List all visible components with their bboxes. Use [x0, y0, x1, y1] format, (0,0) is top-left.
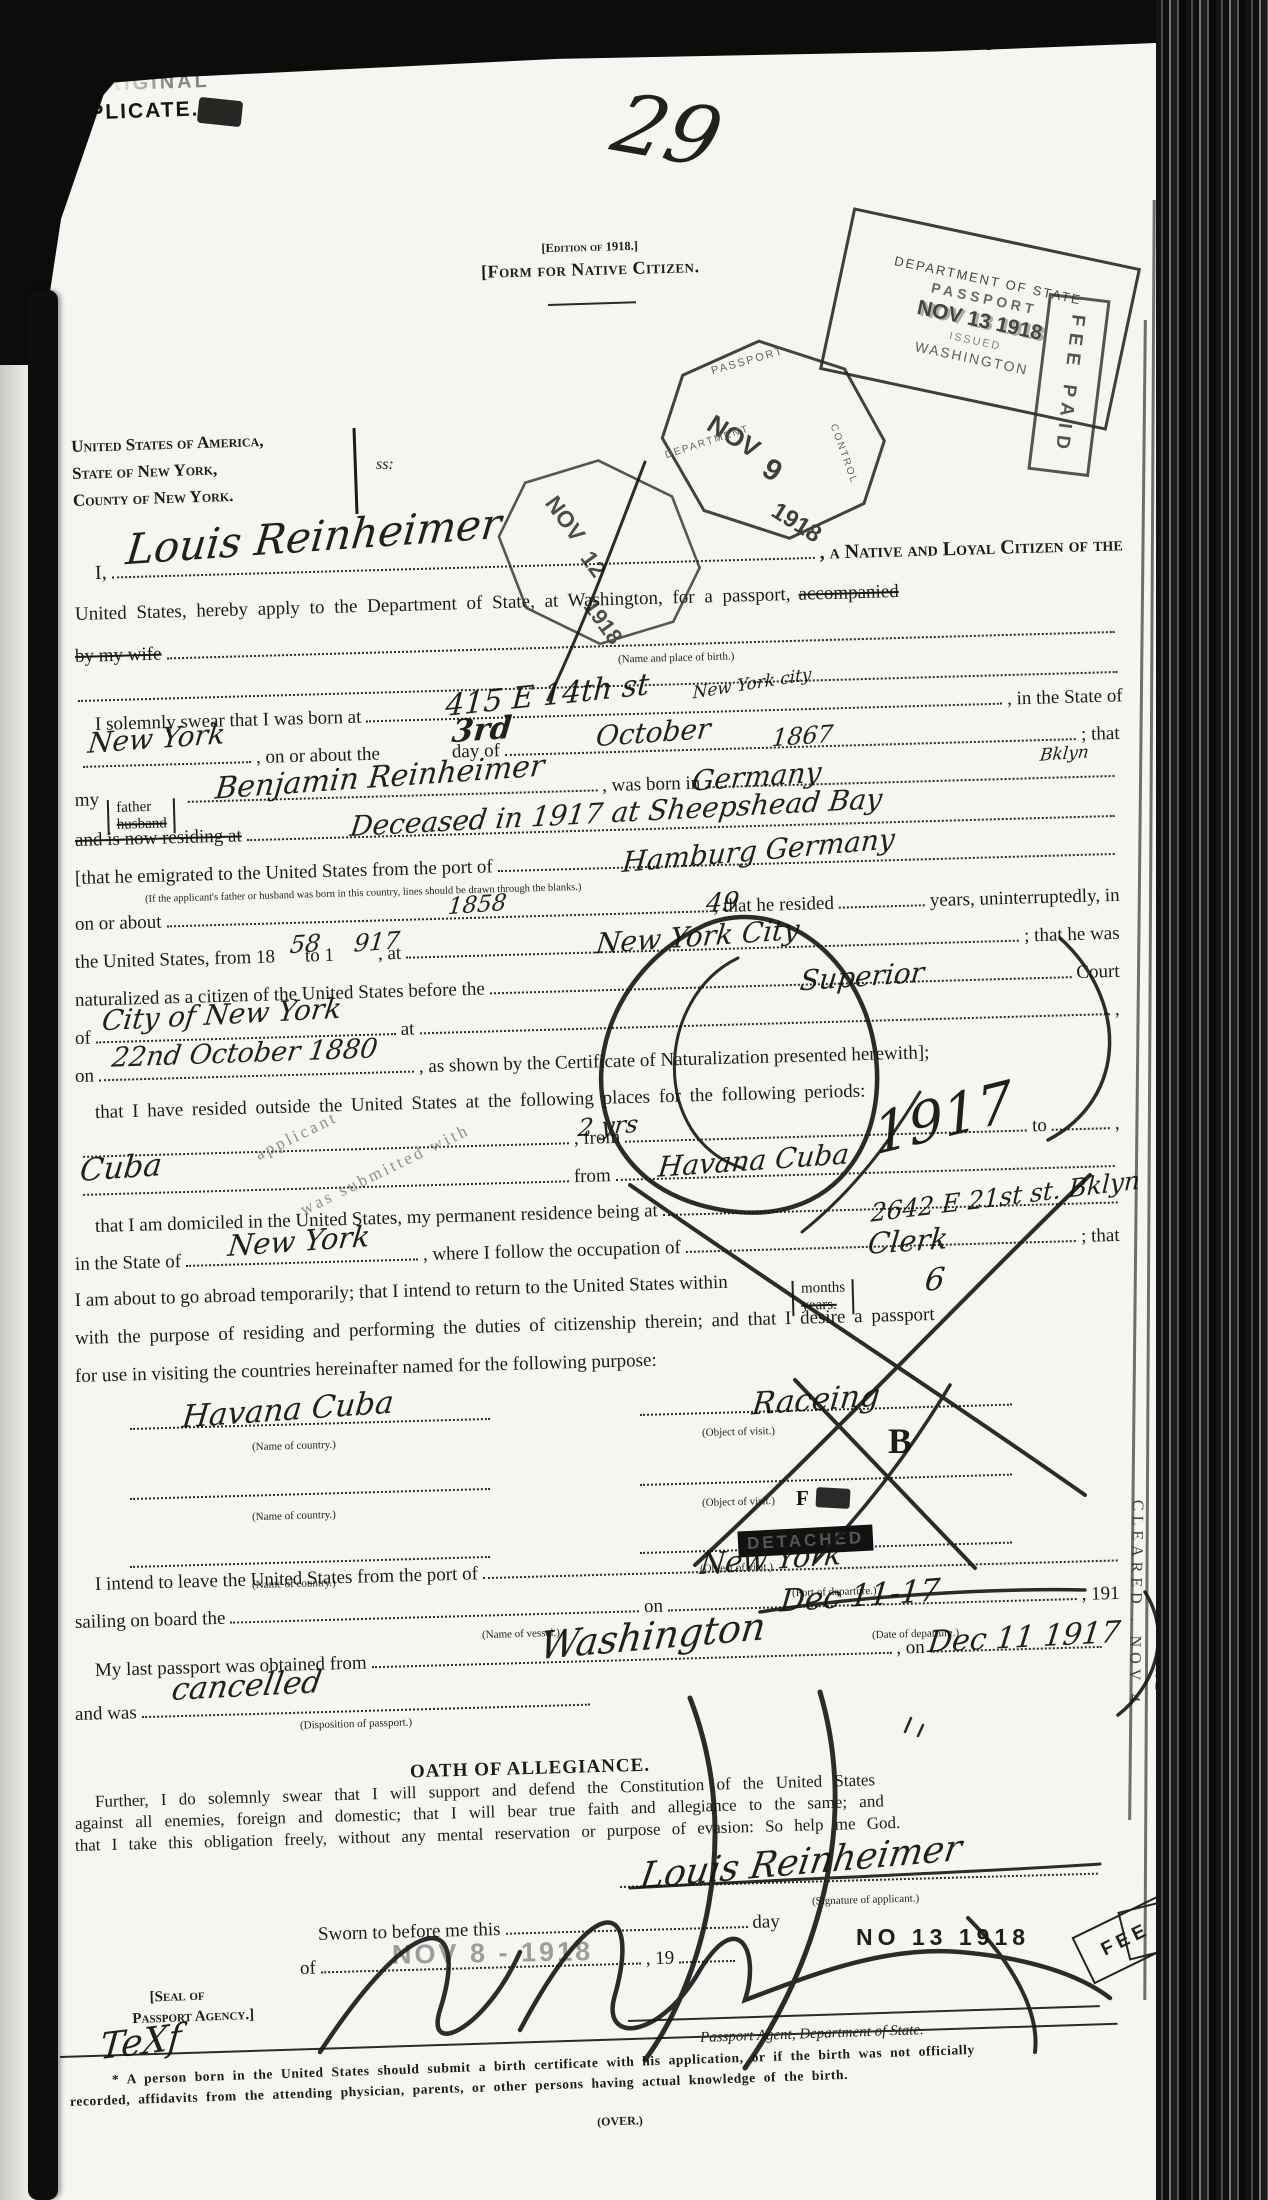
comma: ,	[1115, 999, 1120, 1021]
domiciled-label: that I am domiciled in the United States…	[95, 1200, 658, 1238]
wife-label-struck: by my wife	[75, 644, 162, 668]
comma: ,	[1115, 1113, 1120, 1135]
departure-date-handwritten: Dec 11-17	[778, 1572, 941, 1620]
intro-i: I,	[95, 562, 107, 585]
my-label: my	[74, 789, 99, 812]
book-edge-band	[1156, 0, 1268, 2200]
years-resided-handwritten: 49	[704, 887, 740, 920]
header-rule	[548, 301, 636, 306]
months-count-handwritten: 6	[923, 1261, 947, 1299]
page-gutter-shadow	[0, 300, 30, 2200]
ink-smudge	[197, 97, 243, 127]
court-name-handwritten: Superior	[798, 956, 925, 998]
intro-accompanied-struck: accompanied	[798, 581, 899, 606]
dotted-line	[505, 1910, 747, 1935]
nov9-stamp-arc-bottom: DEPARTMENT	[664, 423, 751, 461]
nov9-stamp-arc-right: CONTROL	[828, 423, 860, 486]
months-option: months	[801, 1279, 846, 1297]
nov9-stamp-day: 9	[756, 452, 788, 489]
dotted-line	[1052, 1111, 1110, 1131]
applicant-signature-caption: (Signature of applicant.)	[812, 1893, 920, 1908]
state-of-label-2: in the State of	[75, 1251, 182, 1276]
blank-gap	[275, 962, 305, 963]
blank-gap	[728, 1286, 784, 1288]
on-label: on	[75, 1066, 95, 1089]
nov9-stamp-month: NOV	[702, 408, 766, 464]
object-2-line	[640, 1474, 1012, 1486]
year-19-label: , 19	[645, 1948, 674, 1971]
dotted-line	[419, 997, 1110, 1034]
of-label: of	[75, 1028, 91, 1050]
on-label-3: , on	[896, 1637, 925, 1660]
resided-outside-label: that I have resided outside the United S…	[95, 1080, 866, 1124]
dotted-line	[489, 960, 1071, 994]
and-was-label: and was	[75, 1702, 137, 1726]
residing-label-struck: and is now residing at	[75, 825, 242, 852]
year-191-label: , 191	[1081, 1583, 1120, 1606]
nov9-stamp-arc-top: PASSPORT	[710, 345, 785, 377]
venue-ss: ss:	[376, 456, 394, 474]
country-caption-1: (Name of country.)	[252, 1439, 336, 1453]
country-caption-2: (Name of country.)	[252, 1509, 336, 1523]
form-header: [Edition of 1918.] [Form for Native Citi…	[420, 236, 761, 285]
leave-port-label: I intend to leave the United States from…	[95, 1563, 479, 1596]
visiting-countries-label: for use in visiting the countries herein…	[75, 1350, 657, 1388]
he-was-label: ; that he was	[1024, 923, 1120, 948]
from-18-label: the United States, from 18	[75, 947, 276, 975]
no13-date-stamp: NO 13 1918	[856, 1924, 1030, 1951]
page-number-handwritten: 29	[603, 77, 732, 187]
nov12-stamp-month: NOV	[540, 491, 591, 547]
intro-apply-text: United States, hereby apply to the Depar…	[75, 584, 791, 626]
object-caption-2: (Object of visit.)	[702, 1495, 775, 1509]
father-option: father	[116, 799, 166, 818]
to-label: to	[1032, 1115, 1047, 1137]
b-stamp: B	[888, 1420, 912, 1462]
sailing-label: sailing on board the	[75, 1608, 226, 1634]
sworn-date-stamp: NOV 8 - 1918	[392, 1936, 594, 1971]
intro-citizen-text: , a Native and Loyal Citizen of the	[819, 533, 1123, 564]
dotted-line	[679, 1944, 735, 1964]
venue-brace	[353, 428, 358, 514]
dotted-line	[230, 1594, 639, 1624]
binding-bar	[28, 290, 58, 2200]
at-label-2: at	[400, 1019, 414, 1041]
over-label: (OVER.)	[560, 2112, 680, 2131]
disposition-caption: (Disposition of passport.)	[300, 1716, 412, 1731]
that-label-2: ; that	[1081, 1225, 1120, 1248]
venue-line-3: County of New York.	[72, 481, 265, 514]
form-title: [Form for Native Citizen.	[420, 255, 760, 285]
occupation-handwritten: Clerk	[866, 1221, 949, 1261]
years-uninterrupted-label: years, uninterruptedly, in	[930, 885, 1120, 912]
emigration-year-handwritten: 1858	[447, 890, 508, 920]
state-of-label: , in the State of	[1007, 685, 1123, 710]
seal-initials-handwritten: TeXf	[98, 2017, 183, 2069]
to-year-handwritten: 917	[353, 926, 402, 957]
from-year-handwritten: 58	[289, 929, 322, 959]
court-label: Court	[1076, 961, 1120, 984]
on-or-about-label-2: on or about	[75, 912, 162, 936]
bklyn-note-handwritten: Bklyn	[1039, 742, 1090, 766]
venue-block: United States of America, State of New Y…	[71, 427, 266, 514]
wife-row: by my wife	[75, 615, 1120, 668]
cleared-stamp-vertical: CLEARED . NOV 4	[1124, 1500, 1146, 1707]
blank-gap	[334, 960, 378, 961]
dotted-line	[839, 888, 925, 909]
birth-year-handwritten: 1867	[771, 720, 835, 753]
of-label-2: of	[300, 1958, 316, 1980]
return-within-label: I am about to go abroad temporarily; tha…	[74, 1272, 728, 1312]
agent-signature-line	[628, 2005, 1100, 2022]
country-2-line	[130, 1488, 490, 1500]
country-1-handwritten: Havana Cuba	[180, 1384, 395, 1435]
object-caption-1: (Object of visit.)	[702, 1425, 775, 1439]
certificate-label: , as shown by the Certificate of Natural…	[419, 1042, 930, 1078]
period-length-handwritten: 2 yrs	[577, 1110, 640, 1142]
object-1-handwritten: Raceing	[750, 1377, 881, 1422]
from-label-2: from	[574, 1165, 612, 1188]
birth-day-handwritten: 3rd	[450, 710, 513, 751]
f-stamp-smudge	[815, 1487, 850, 1509]
emigrated-label: [that he emigrated to the United States …	[75, 856, 493, 890]
day-label: day	[752, 1911, 780, 1934]
period-country-handwritten: Cuba	[78, 1147, 164, 1189]
occupation-label: , where I follow the occupation of	[423, 1237, 682, 1266]
f-stamp: F	[796, 1486, 809, 1511]
passport-application-scan: ORIGINAL DUPLICATE. 1 46204 29 [Edition …	[0, 0, 1268, 2200]
name-place-birth-caption: (Name and place of birth.)	[618, 650, 735, 665]
